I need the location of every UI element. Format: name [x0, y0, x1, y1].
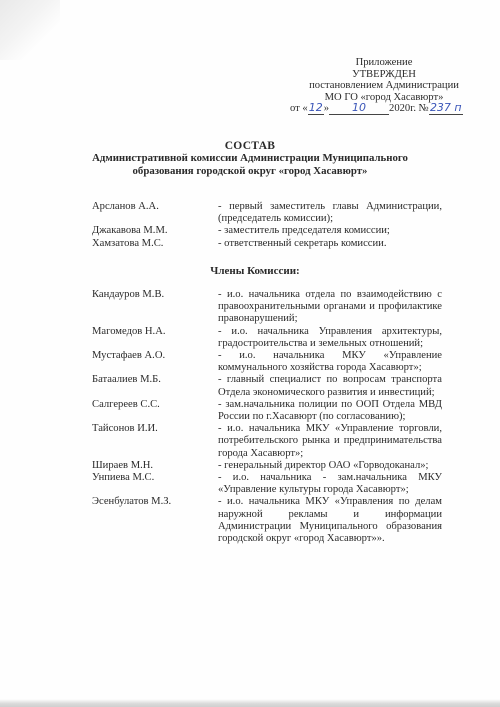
list-item: Кандауров М.В. - и.о. начальника отдела …: [92, 289, 442, 326]
member-name: Эсенбулатов М.З.: [92, 496, 218, 508]
list-item: Хамзатова М.С. - ответственный секретарь…: [92, 238, 442, 250]
member-name: Магомедов Н.А.: [92, 326, 218, 338]
member-name: Мустафаев А.О.: [92, 350, 218, 362]
document-page: Приложение УТВЕРЖДЕН постановлением Адми…: [0, 0, 500, 707]
scan-bottom-edge: [0, 699, 500, 707]
leadership-list: Арсланов А.А. - первый заместитель главы…: [92, 201, 442, 250]
list-item: Эсенбулатов М.З. - и.о. начальника МКУ «…: [92, 496, 442, 545]
member-role: - и.о. начальника МКУ «Управление торгов…: [218, 423, 442, 460]
member-name: Батаалиев М.Б.: [92, 374, 218, 386]
list-item: Тайсонов И.И. - и.о. начальника МКУ «Упр…: [92, 423, 442, 460]
date-month-handwritten: 10: [352, 101, 366, 114]
member-role: - первый заместитель главы Администрации…: [218, 201, 442, 225]
doc-number-handwritten: 237 п: [430, 101, 462, 114]
member-name: Джакавова М.М.: [92, 225, 218, 237]
member-name: Хамзатова М.С.: [92, 238, 218, 250]
list-item: Батаалиев М.Б. - главный специалист по в…: [92, 374, 442, 398]
member-role: - генеральный директор ОАО «Горводоканал…: [218, 460, 442, 472]
member-role: - заместитель председателя комиссии;: [218, 225, 442, 237]
doc-number-field: 237 п: [429, 103, 463, 115]
date-day-field: 12: [308, 103, 324, 115]
list-item: Джакавова М.М. - заместитель председател…: [92, 225, 442, 237]
appendix-label: Приложение: [286, 57, 482, 69]
member-role: - и.о. начальника отдела по взаимодейств…: [218, 289, 442, 326]
date-month-field: 10: [329, 103, 389, 115]
member-role: - главный специалист по вопросам транспо…: [218, 374, 442, 398]
member-role: - и.о. начальника МКУ «Управление коммун…: [218, 350, 442, 374]
member-name: Шираев М.Н.: [92, 460, 218, 472]
title-main: СОСТАВ: [60, 140, 440, 152]
title-subtitle-line-1: Административной комиссии Администрации …: [60, 152, 440, 164]
member-name: Салгереев С.С.: [92, 399, 218, 411]
member-name: Унпиева М.С.: [92, 472, 218, 484]
title-subtitle-line-2: образования городской округ «город Хасав…: [60, 165, 440, 177]
member-role: - и.о. начальника Управления архитектуры…: [218, 326, 442, 350]
date-year-suffix: 2020г. №: [389, 103, 429, 114]
member-role: - ответственный секретарь комиссии.: [218, 238, 442, 250]
list-item: Салгереев С.С. - зам.начальника полиции …: [92, 399, 442, 423]
member-role: - зам.начальника полиции по ООП Отдела М…: [218, 399, 442, 423]
list-item: Унпиева М.С. - и.о. начальника - зам.нач…: [92, 472, 442, 496]
list-item: Мустафаев А.О. - и.о. начальника МКУ «Уп…: [92, 350, 442, 374]
resolution-line: постановлением Администрации: [286, 80, 482, 92]
members-heading: Члены Комиссии:: [0, 265, 500, 277]
member-name: Кандауров М.В.: [92, 289, 218, 301]
list-item: Арсланов А.А. - первый заместитель главы…: [92, 201, 442, 225]
member-role: - и.о. начальника - зам.начальника МКУ «…: [218, 472, 442, 496]
member-name: Тайсонов И.И.: [92, 423, 218, 435]
approval-date-line: от «12»102020г. №237 п: [290, 103, 482, 115]
member-name: Арсланов А.А.: [92, 201, 218, 213]
approved-label: УТВЕРЖДЕН: [286, 69, 482, 81]
members-list: Кандауров М.В. - и.о. начальника отдела …: [92, 289, 442, 545]
list-item: Магомедов Н.А. - и.о. начальника Управле…: [92, 326, 442, 350]
approval-stamp-block: Приложение УТВЕРЖДЕН постановлением Адми…: [286, 57, 482, 115]
list-item: Шираев М.Н. - генеральный директор ОАО «…: [92, 460, 442, 472]
document-title: СОСТАВ Административной комиссии Админис…: [60, 140, 440, 177]
member-role: - и.о. начальника МКУ «Управления по дел…: [218, 496, 442, 545]
page-corner-shadow: [0, 0, 60, 60]
date-prefix: от «: [290, 103, 308, 114]
date-day-handwritten: 12: [309, 101, 323, 114]
